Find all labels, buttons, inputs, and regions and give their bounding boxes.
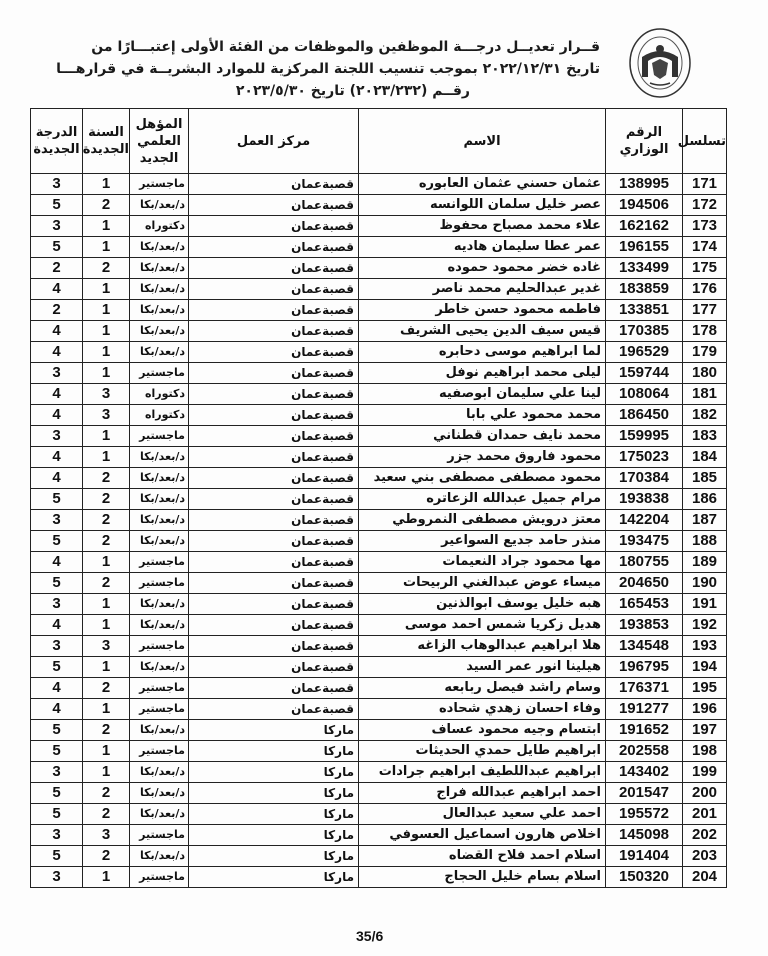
ministry-id-cell: 143402 [606,762,683,783]
ministry-id-cell: 183859 [606,279,683,300]
ministry-id-cell: 196795 [606,657,683,678]
ministry-id-cell: 175023 [606,447,683,468]
work-center-cell: قصبةعمان [189,489,359,510]
new-year-cell: 1 [83,447,130,468]
table-body: 171138995عثمان حسني عثمان العابورهقصبةعم… [31,174,727,888]
table-row: 177133851فاطمه محمود حسن خاطرقصبةعماند/ب… [31,300,727,321]
seq-cell: 179 [683,342,727,363]
new-grade-cell: 5 [31,531,83,552]
new-year-cell: 2 [83,573,130,594]
ministry-id-cell: 162162 [606,216,683,237]
name-cell: فاطمه محمود حسن خاطر [359,300,606,321]
table-row: 181108064لينا علي سليمان ابوصفيهقصبةعمان… [31,384,727,405]
work-center-cell: ماركا [189,846,359,867]
new-year-cell: 2 [83,489,130,510]
new-grade-cell: 5 [31,783,83,804]
work-center-cell: قصبةعمان [189,363,359,384]
qualification-cell: ماجستير [130,174,189,195]
work-center-cell: قصبةعمان [189,699,359,720]
new-grade-cell: 4 [31,321,83,342]
qualification-cell: ماجستير [130,426,189,447]
table-row: 176183859غدير عبدالحليم محمد ناصرقصبةعما… [31,279,727,300]
table-header-row: تسلسل الرقم الوزاري الاسم مركز العمل الم… [31,109,727,174]
table-row: 171138995عثمان حسني عثمان العابورهقصبةعم… [31,174,727,195]
work-center-cell: قصبةعمان [189,342,359,363]
qualification-cell: د/بعد/بكا [130,300,189,321]
work-center-cell: قصبةعمان [189,678,359,699]
table-row: 197191652ابتسام وجيه محمود عسافماركاد/بع… [31,720,727,741]
seq-cell: 178 [683,321,727,342]
qualification-cell: د/بعد/بكا [130,657,189,678]
work-center-cell: قصبةعمان [189,447,359,468]
name-cell: علاء محمد مصباح محفوظ [359,216,606,237]
table-row: 188193475منذر حامد جديع السواعيرقصبةعمان… [31,531,727,552]
name-cell: مها محمود جراد النعيمات [359,552,606,573]
qualification-cell: د/بعد/بكا [130,279,189,300]
seq-cell: 195 [683,678,727,699]
table-row: 175133499غاده خضر محمود حمودهقصبةعماند/ب… [31,258,727,279]
work-center-cell: قصبةعمان [189,573,359,594]
qualification-cell: ماجستير [130,573,189,594]
table-row: 193134548هلا ابراهيم عبدالوهاب الزاغهقصب… [31,636,727,657]
seq-cell: 202 [683,825,727,846]
ministry-id-cell: 201547 [606,783,683,804]
new-year-cell: 1 [83,762,130,783]
qualification-cell: د/بعد/بكا [130,258,189,279]
seq-cell: 188 [683,531,727,552]
ministry-id-cell: 142204 [606,510,683,531]
qualification-cell: د/بعد/بكا [130,342,189,363]
table-row: 204150320اسلام بسام خليل الحجاجماركاماجس… [31,867,727,888]
new-year-cell: 2 [83,846,130,867]
new-year-cell: 1 [83,741,130,762]
new-grade-cell: 2 [31,300,83,321]
name-cell: لينا علي سليمان ابوصفيه [359,384,606,405]
table-row: 186193838مرام جميل عبدالله الزعاترهقصبةع… [31,489,727,510]
seq-cell: 173 [683,216,727,237]
name-cell: محمد محمود علي بابا [359,405,606,426]
work-center-cell: قصبةعمان [189,279,359,300]
ministry-id-cell: 202558 [606,741,683,762]
col-header-work-center: مركز العمل [189,109,359,174]
new-year-cell: 2 [83,720,130,741]
new-year-cell: 3 [83,825,130,846]
work-center-cell: قصبةعمان [189,594,359,615]
seq-cell: 177 [683,300,727,321]
new-year-cell: 1 [83,594,130,615]
seq-cell: 183 [683,426,727,447]
ministry-id-cell: 193853 [606,615,683,636]
seq-cell: 199 [683,762,727,783]
work-center-cell: قصبةعمان [189,321,359,342]
title-line-1: قــرار تعديــل درجـــة الموظفين والموظفا… [60,36,600,58]
new-year-cell: 3 [83,405,130,426]
new-year-cell: 2 [83,783,130,804]
new-year-cell: 1 [83,552,130,573]
name-cell: اسلام احمد فلاح القضاه [359,846,606,867]
table-row: 189180755مها محمود جراد النعيماتقصبةعمان… [31,552,727,573]
work-center-cell: قصبةعمان [189,552,359,573]
new-grade-cell: 5 [31,237,83,258]
new-grade-cell: 3 [31,363,83,384]
ministry-id-cell: 170385 [606,321,683,342]
table-row: 174196155عمر عطا سليمان هاديهقصبةعماند/ب… [31,237,727,258]
qualification-cell: د/بعد/بكا [130,783,189,804]
new-grade-cell: 3 [31,216,83,237]
new-year-cell: 3 [83,636,130,657]
ministry-id-cell: 165453 [606,594,683,615]
new-year-cell: 1 [83,699,130,720]
new-year-cell: 2 [83,195,130,216]
col-header-new-year: السنة الجديدة [83,109,130,174]
new-year-cell: 2 [83,510,130,531]
seq-cell: 204 [683,867,727,888]
new-grade-cell: 3 [31,174,83,195]
name-cell: هيلينا انور عمر السيد [359,657,606,678]
ministry-id-cell: 134548 [606,636,683,657]
ministry-id-cell: 159995 [606,426,683,447]
ministry-id-cell: 191404 [606,846,683,867]
ministry-id-cell: 191652 [606,720,683,741]
new-year-cell: 1 [83,321,130,342]
qualification-cell: دكتوراه [130,384,189,405]
seq-cell: 180 [683,363,727,384]
col-header-seq: تسلسل [683,109,727,174]
ministry-id-cell: 108064 [606,384,683,405]
seq-cell: 193 [683,636,727,657]
table-row: 195176371وسام راشد فيصل ربابعهقصبةعمانما… [31,678,727,699]
name-cell: هبه خليل يوسف ابوالذنين [359,594,606,615]
new-grade-cell: 5 [31,804,83,825]
name-cell: عثمان حسني عثمان العابوره [359,174,606,195]
ministry-id-cell: 191277 [606,699,683,720]
col-header-qualification: المؤهل العلمي الجديد [130,109,189,174]
qualification-cell: د/بعد/بكا [130,489,189,510]
table-row: 202145098اخلاص هارون اسماعيل العسوفيمارك… [31,825,727,846]
qualification-cell: د/بعد/بكا [130,321,189,342]
table-row: 203191404اسلام احمد فلاح القضاهماركاد/بع… [31,846,727,867]
work-center-cell: قصبةعمان [189,657,359,678]
name-cell: عصر خليل سلمان اللوانسه [359,195,606,216]
name-cell: هديل زكريا شمس احمد موسى [359,615,606,636]
work-center-cell: قصبةعمان [189,174,359,195]
qualification-cell: د/بعد/بكا [130,762,189,783]
ministry-id-cell: 204650 [606,573,683,594]
table-row: 185170384محمود مصطفى مصطفى بني سعيدقصبةع… [31,468,727,489]
new-year-cell: 2 [83,258,130,279]
ministry-id-cell: 196529 [606,342,683,363]
seq-cell: 186 [683,489,727,510]
name-cell: مرام جميل عبدالله الزعاتره [359,489,606,510]
seq-cell: 203 [683,846,727,867]
name-cell: منذر حامد جديع السواعير [359,531,606,552]
qualification-cell: د/بعد/بكا [130,804,189,825]
work-center-cell: قصبةعمان [189,195,359,216]
table-row: 182186450محمد محمود علي باباقصبةعماندكتو… [31,405,727,426]
ministry-id-cell: 145098 [606,825,683,846]
work-center-cell: قصبةعمان [189,237,359,258]
title-line-2: تاريخ ٢٠٢٢/١٢/٣١ بموجب تنسيب اللجنة المر… [60,58,600,80]
qualification-cell: ماجستير [130,867,189,888]
new-year-cell: 2 [83,804,130,825]
table-row: 179196529لما ابراهيم موسى دحابرهقصبةعمان… [31,342,727,363]
page-number: 35/6 [356,928,383,944]
seq-cell: 174 [683,237,727,258]
work-center-cell: ماركا [189,783,359,804]
ministry-id-cell: 133499 [606,258,683,279]
qualification-cell: ماجستير [130,363,189,384]
new-year-cell: 2 [83,468,130,489]
ministry-id-cell: 186450 [606,405,683,426]
table-row: 180159744ليلى محمد ابراهيم نوفلقصبةعمانم… [31,363,727,384]
seq-cell: 201 [683,804,727,825]
new-year-cell: 1 [83,342,130,363]
new-grade-cell: 3 [31,636,83,657]
name-cell: هلا ابراهيم عبدالوهاب الزاغه [359,636,606,657]
new-grade-cell: 5 [31,846,83,867]
qualification-cell: ماجستير [130,552,189,573]
new-grade-cell: 5 [31,657,83,678]
name-cell: احمد علي سعيد عبدالعال [359,804,606,825]
col-header-new-grade: الدرجة الجديدة [31,109,83,174]
new-grade-cell: 3 [31,594,83,615]
new-grade-cell: 4 [31,552,83,573]
work-center-cell: قصبةعمان [189,510,359,531]
name-cell: ليلى محمد ابراهيم نوفل [359,363,606,384]
qualification-cell: د/بعد/بكا [130,615,189,636]
seq-cell: 192 [683,615,727,636]
new-grade-cell: 2 [31,258,83,279]
new-year-cell: 1 [83,216,130,237]
new-grade-cell: 4 [31,615,83,636]
name-cell: غدير عبدالحليم محمد ناصر [359,279,606,300]
ministry-id-cell: 133851 [606,300,683,321]
work-center-cell: قصبةعمان [189,468,359,489]
new-year-cell: 3 [83,384,130,405]
ministry-id-cell: 196155 [606,237,683,258]
new-year-cell: 1 [83,615,130,636]
table-row: 173162162علاء محمد مصباح محفوظقصبةعماندك… [31,216,727,237]
name-cell: وسام راشد فيصل ربابعه [359,678,606,699]
name-cell: لما ابراهيم موسى دحابره [359,342,606,363]
table-row: 172194506عصر خليل سلمان اللوانسهقصبةعمان… [31,195,727,216]
new-grade-cell: 4 [31,405,83,426]
seq-cell: 189 [683,552,727,573]
work-center-cell: قصبةعمان [189,615,359,636]
qualification-cell: د/بعد/بكا [130,237,189,258]
qualification-cell: دكتوراه [130,216,189,237]
new-grade-cell: 5 [31,741,83,762]
seq-cell: 172 [683,195,727,216]
new-year-cell: 1 [83,174,130,195]
name-cell: محمد نايف حمدان قطناني [359,426,606,447]
employees-grade-table: تسلسل الرقم الوزاري الاسم مركز العمل الم… [30,108,727,888]
work-center-cell: ماركا [189,762,359,783]
ministry-emblem-icon [628,27,692,99]
ministry-id-cell: 193838 [606,489,683,510]
qualification-cell: د/بعد/بكا [130,468,189,489]
work-center-cell: ماركا [189,804,359,825]
qualification-cell: ماجستير [130,678,189,699]
new-grade-cell: 5 [31,195,83,216]
new-grade-cell: 4 [31,678,83,699]
new-grade-cell: 3 [31,762,83,783]
name-cell: ميساء عوض عبدالغني الربيحات [359,573,606,594]
col-header-name: الاسم [359,109,606,174]
seq-cell: 191 [683,594,727,615]
qualification-cell: دكتوراه [130,405,189,426]
work-center-cell: قصبةعمان [189,300,359,321]
work-center-cell: قصبةعمان [189,405,359,426]
work-center-cell: قصبةعمان [189,636,359,657]
seq-cell: 197 [683,720,727,741]
qualification-cell: د/بعد/بكا [130,720,189,741]
new-grade-cell: 4 [31,384,83,405]
seq-cell: 194 [683,657,727,678]
seq-cell: 190 [683,573,727,594]
new-grade-cell: 4 [31,447,83,468]
ministry-id-cell: 176371 [606,678,683,699]
new-year-cell: 1 [83,426,130,447]
title-line-3: رقــم (٢٠٢٣/٢٣٢) تاريخ ٢٠٢٣/٥/٣٠ [60,80,600,102]
qualification-cell: د/بعد/بكا [130,447,189,468]
name-cell: قيس سيف الدين يحيى الشريف [359,321,606,342]
name-cell: معتز درويش مصطفى النمروطي [359,510,606,531]
qualification-cell: د/بعد/بكا [130,846,189,867]
ministry-id-cell: 193475 [606,531,683,552]
name-cell: غاده خضر محمود حموده [359,258,606,279]
work-center-cell: ماركا [189,741,359,762]
ministry-id-cell: 170384 [606,468,683,489]
ministry-id-cell: 150320 [606,867,683,888]
name-cell: ابراهيم عبداللطيف ابراهيم جرادات [359,762,606,783]
seq-cell: 187 [683,510,727,531]
seq-cell: 196 [683,699,727,720]
seq-cell: 184 [683,447,727,468]
document-title: قــرار تعديــل درجـــة الموظفين والموظفا… [60,36,600,102]
name-cell: ابراهيم طايل حمدي الحديثات [359,741,606,762]
new-year-cell: 1 [83,279,130,300]
seq-cell: 175 [683,258,727,279]
name-cell: وفاء احسان زهدي شحاده [359,699,606,720]
seq-cell: 176 [683,279,727,300]
new-year-cell: 1 [83,867,130,888]
work-center-cell: ماركا [189,825,359,846]
table-row: 184175023محمود فاروق محمد جزرقصبةعماند/ب… [31,447,727,468]
seq-cell: 182 [683,405,727,426]
name-cell: اخلاص هارون اسماعيل العسوفي [359,825,606,846]
ministry-id-cell: 195572 [606,804,683,825]
table-row: 183159995محمد نايف حمدان قطنانيقصبةعمانم… [31,426,727,447]
new-year-cell: 1 [83,363,130,384]
qualification-cell: ماجستير [130,636,189,657]
seq-cell: 171 [683,174,727,195]
new-grade-cell: 3 [31,867,83,888]
work-center-cell: ماركا [189,720,359,741]
qualification-cell: د/بعد/بكا [130,510,189,531]
new-grade-cell: 5 [31,573,83,594]
new-grade-cell: 3 [31,510,83,531]
qualification-cell: د/بعد/بكا [130,531,189,552]
table-row: 198202558ابراهيم طايل حمدي الحديثاتماركا… [31,741,727,762]
work-center-cell: ماركا [189,867,359,888]
table-row: 192193853هديل زكريا شمس احمد موسىقصبةعما… [31,615,727,636]
qualification-cell: ماجستير [130,741,189,762]
new-grade-cell: 4 [31,342,83,363]
name-cell: اسلام بسام خليل الحجاج [359,867,606,888]
seq-cell: 198 [683,741,727,762]
qualification-cell: د/بعد/بكا [130,195,189,216]
new-year-cell: 2 [83,531,130,552]
table-row: 194196795هيلينا انور عمر السيدقصبةعماند/… [31,657,727,678]
new-year-cell: 1 [83,300,130,321]
name-cell: محمود مصطفى مصطفى بني سعيد [359,468,606,489]
name-cell: احمد ابراهيم عبدالله فراج [359,783,606,804]
new-grade-cell: 4 [31,279,83,300]
qualification-cell: ماجستير [130,699,189,720]
qualification-cell: ماجستير [130,825,189,846]
new-grade-cell: 3 [31,426,83,447]
new-grade-cell: 4 [31,699,83,720]
table-row: 199143402ابراهيم عبداللطيف ابراهيم جرادا… [31,762,727,783]
ministry-id-cell: 180755 [606,552,683,573]
work-center-cell: قصبةعمان [189,216,359,237]
work-center-cell: قصبةعمان [189,531,359,552]
name-cell: عمر عطا سليمان هاديه [359,237,606,258]
work-center-cell: قصبةعمان [189,384,359,405]
table-row: 201195572احمد علي سعيد عبدالعالماركاد/بع… [31,804,727,825]
new-grade-cell: 4 [31,468,83,489]
work-center-cell: قصبةعمان [189,258,359,279]
ministry-id-cell: 138995 [606,174,683,195]
seq-cell: 181 [683,384,727,405]
seq-cell: 185 [683,468,727,489]
new-year-cell: 1 [83,237,130,258]
table-row: 190204650ميساء عوض عبدالغني الربيحاتقصبة… [31,573,727,594]
new-grade-cell: 5 [31,489,83,510]
table-row: 196191277وفاء احسان زهدي شحادهقصبةعمانما… [31,699,727,720]
qualification-cell: د/بعد/بكا [130,594,189,615]
table-row: 187142204معتز درويش مصطفى النمروطيقصبةعم… [31,510,727,531]
new-year-cell: 2 [83,678,130,699]
new-grade-cell: 3 [31,825,83,846]
new-year-cell: 1 [83,657,130,678]
seq-cell: 200 [683,783,727,804]
table-row: 200201547احمد ابراهيم عبدالله فراجماركاد… [31,783,727,804]
ministry-id-cell: 194506 [606,195,683,216]
ministry-id-cell: 159744 [606,363,683,384]
name-cell: ابتسام وجيه محمود عساف [359,720,606,741]
work-center-cell: قصبةعمان [189,426,359,447]
table-row: 178170385قيس سيف الدين يحيى الشريفقصبةعم… [31,321,727,342]
table-row: 191165453هبه خليل يوسف ابوالذنينقصبةعمان… [31,594,727,615]
col-header-ministry-id: الرقم الوزاري [606,109,683,174]
name-cell: محمود فاروق محمد جزر [359,447,606,468]
new-grade-cell: 5 [31,720,83,741]
